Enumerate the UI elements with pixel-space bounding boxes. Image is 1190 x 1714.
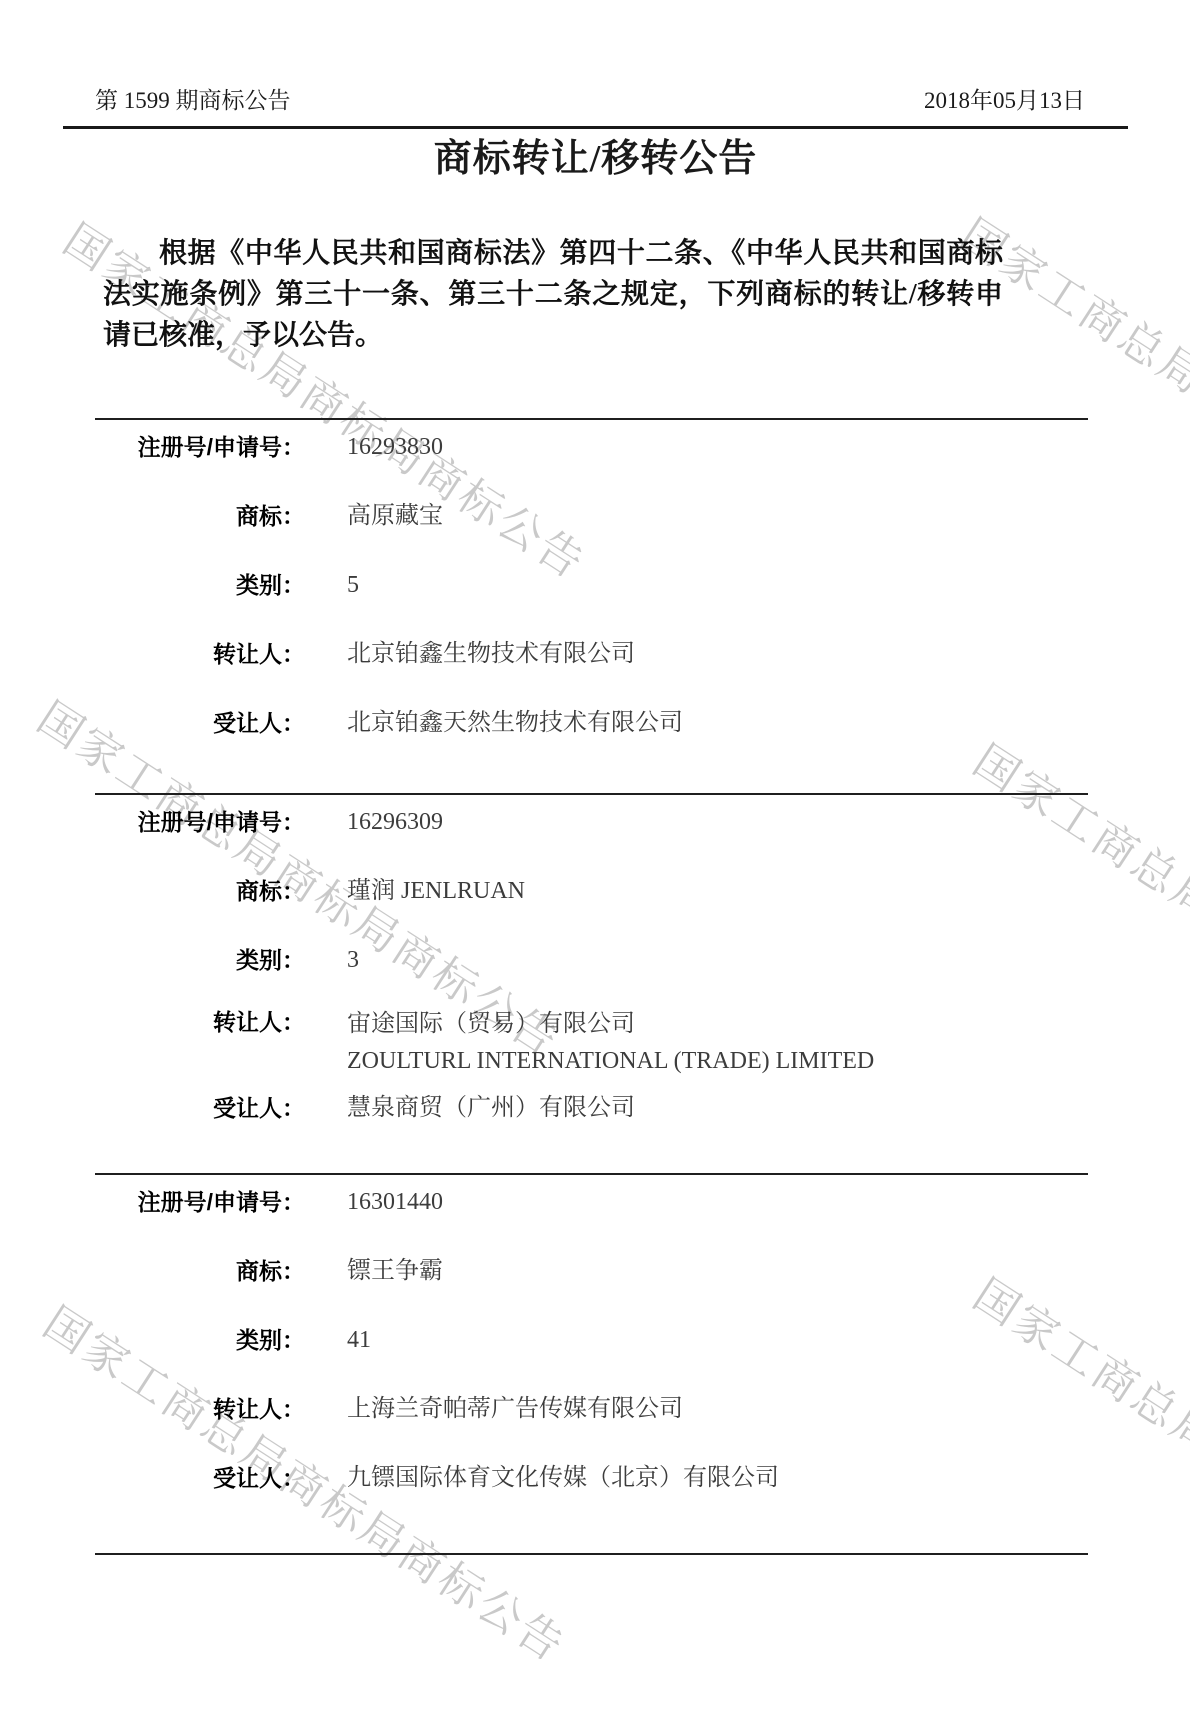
- field-label-assignee: 受让人：: [95, 1092, 305, 1124]
- field-label-class: 类别：: [95, 944, 305, 976]
- publication-date: 2018年05月13日: [924, 86, 1085, 116]
- field-row-reg-no: 注册号/申请号： 16301440: [95, 1186, 1088, 1218]
- field-label-reg-no: 注册号/申请号：: [95, 806, 305, 838]
- field-row-assignee: 受让人： 慧泉商贸（广州）有限公司: [95, 1092, 1088, 1124]
- field-value-reg-no: 16296309: [347, 806, 443, 838]
- field-label-class: 类别：: [95, 1324, 305, 1356]
- field-row-assignor: 转让人： 上海兰奇帕蒂广告传媒有限公司: [95, 1393, 1088, 1425]
- page-title: 商标转让/移转公告: [63, 135, 1128, 183]
- field-label-trademark: 商标：: [95, 500, 305, 532]
- field-value-class: 5: [347, 569, 359, 601]
- field-row-assignee: 受让人： 北京铂鑫天然生物技术有限公司: [95, 707, 1088, 739]
- field-value-reg-no: 16301440: [347, 1186, 443, 1218]
- field-label-class: 类别：: [95, 569, 305, 601]
- field-label-reg-no: 注册号/申请号：: [95, 1186, 305, 1218]
- bottom-rule: [95, 1553, 1088, 1555]
- field-row-assignor: 转让人： 北京铂鑫生物技术有限公司: [95, 638, 1088, 670]
- field-value-assignor: 北京铂鑫生物技术有限公司: [347, 638, 635, 670]
- field-value-trademark: 高原藏宝: [347, 500, 443, 532]
- field-value-class: 3: [347, 944, 359, 976]
- field-value-assignor: 宙途国际（贸易）有限公司 ZOULTURL INTERNATIONAL (TRA…: [347, 1006, 874, 1080]
- field-label-assignor: 转让人：: [95, 1393, 305, 1425]
- field-value-class: 41: [347, 1324, 371, 1356]
- field-row-trademark: 商标： 高原藏宝: [95, 500, 1088, 532]
- field-row-assignee: 受让人： 九镖国际体育文化传媒（北京）有限公司: [95, 1462, 1088, 1494]
- field-value-trademark: 瑾润 JENLRUAN: [347, 875, 525, 907]
- field-row-trademark: 商标： 瑾润 JENLRUAN: [95, 875, 1088, 907]
- field-row-class: 类别： 41: [95, 1324, 1088, 1356]
- issue-number: 第 1599 期商标公告: [95, 86, 291, 116]
- field-row-class: 类别： 5: [95, 569, 1088, 601]
- field-label-assignor: 转让人：: [95, 1006, 305, 1038]
- field-value-trademark: 镖王争霸: [347, 1255, 443, 1287]
- field-value-reg-no: 16293830: [347, 431, 443, 463]
- field-value-assignee: 慧泉商贸（广州）有限公司: [347, 1092, 635, 1124]
- header-rule: [63, 126, 1128, 129]
- field-label-reg-no: 注册号/申请号：: [95, 431, 305, 463]
- field-row-trademark: 商标： 镖王争霸: [95, 1255, 1088, 1287]
- field-label-assignor: 转让人：: [95, 638, 305, 670]
- field-row-class: 类别： 3: [95, 944, 1088, 976]
- field-label-assignee: 受让人：: [95, 707, 305, 739]
- field-row-reg-no: 注册号/申请号： 16296309: [95, 806, 1088, 838]
- field-label-assignee: 受让人：: [95, 1462, 305, 1494]
- field-row-reg-no: 注册号/申请号： 16293830: [95, 431, 1088, 463]
- field-value-assignor: 上海兰奇帕蒂广告传媒有限公司: [347, 1393, 683, 1425]
- field-label-trademark: 商标：: [95, 1255, 305, 1287]
- gazette-page: 国家工商总局商标局商标公告 国家工商总局商标局商标公告 国家工商总局商标局商标公…: [0, 0, 1190, 1714]
- page-content: 第 1599 期商标公告 2018年05月13日 商标转让/移转公告 根据《中华…: [63, 0, 1128, 356]
- trademark-record: 注册号/申请号： 16293830 商标： 高原藏宝 类别： 5 转让人： 北京…: [95, 418, 1088, 739]
- trademark-record: 注册号/申请号： 16296309 商标： 瑾润 JENLRUAN 类别： 3 …: [95, 793, 1088, 1124]
- field-row-assignor: 转让人： 宙途国际（贸易）有限公司 ZOULTURL INTERNATIONAL…: [95, 1006, 1088, 1080]
- field-label-trademark: 商标：: [95, 875, 305, 907]
- field-value-assignee: 九镖国际体育文化传媒（北京）有限公司: [347, 1462, 779, 1494]
- field-value-assignee: 北京铂鑫天然生物技术有限公司: [347, 707, 683, 739]
- page-header: 第 1599 期商标公告 2018年05月13日: [63, 0, 1128, 116]
- intro-paragraph: 根据《中华人民共和国商标法》第四十二条、《中华人民共和国商标法实施条例》第三十一…: [103, 233, 1003, 356]
- trademark-record: 注册号/申请号： 16301440 商标： 镖王争霸 类别： 41 转让人： 上…: [95, 1173, 1088, 1494]
